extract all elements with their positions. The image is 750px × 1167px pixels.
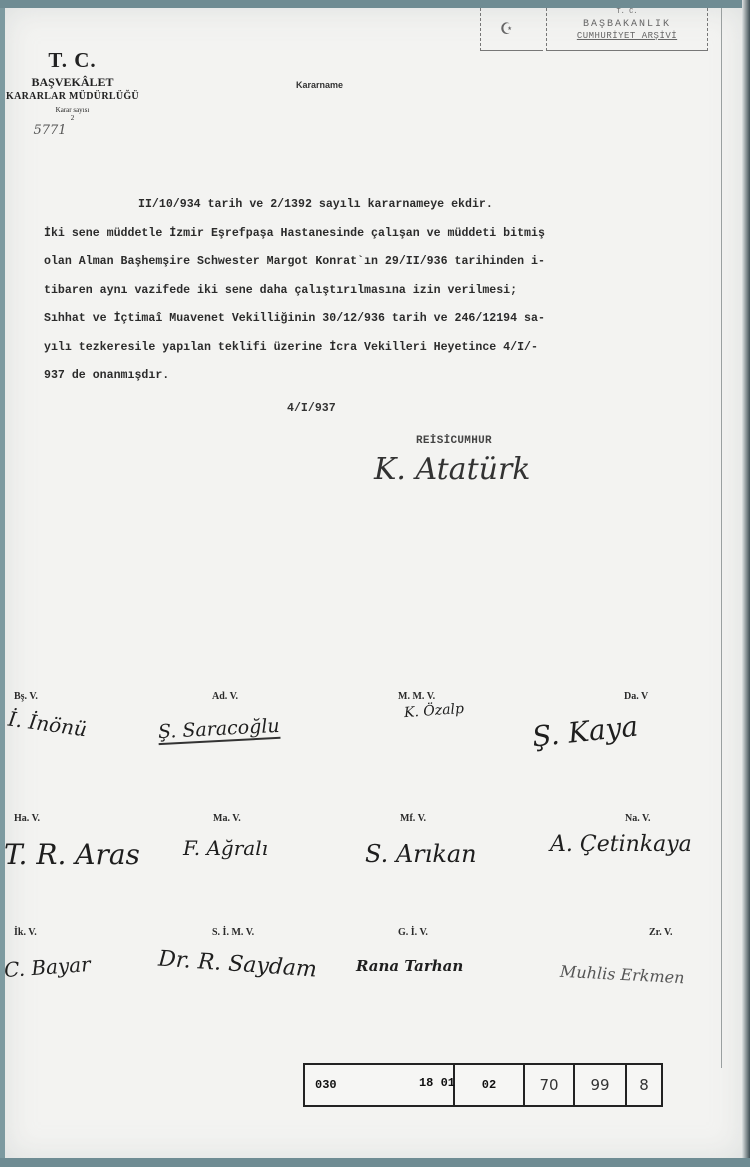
code-cell-item: 99 [575, 1065, 627, 1105]
minister-label: Mf. V. [400, 813, 426, 824]
document-title: Kararname [296, 80, 343, 90]
minister-label: İk. V. [14, 927, 37, 938]
decision-number-label: Karar sayısı [0, 106, 145, 114]
crescent-star-icon: ☪ [501, 18, 512, 40]
letterhead: T. C. BAŞVEKÂLET KARARLAR MÜDÜRLÜĞÜ Kara… [0, 48, 145, 138]
body-line: 937 de onanmışdır. [44, 369, 724, 398]
stamp-emblem-box: ☪ [480, 8, 543, 51]
minister-label: S. İ. M. V. [212, 927, 254, 938]
letterhead-department: KARARLAR MÜDÜRLÜĞÜ [0, 91, 145, 102]
minister-signature: Rana Tarhan [356, 957, 463, 975]
code-cell-folder: 70 [525, 1065, 575, 1105]
minister-signature: S. Arıkan [365, 840, 477, 868]
body-line: olan Alman Başhemşire Schwester Margot K… [44, 255, 724, 284]
code-fond-sub: 18 01 [419, 1076, 455, 1090]
minister-label: Zr. V. [649, 927, 672, 938]
minister-label: M. M. V. [398, 691, 435, 702]
minister-label: Na. V. [625, 813, 650, 824]
letterhead-tc: T. C. [0, 48, 145, 73]
stamp-line-1: BAŞBAKANLIK [547, 19, 707, 30]
document-page [5, 8, 742, 1158]
minister-label: G. İ. V. [398, 927, 428, 938]
body-line: İki sene müddetle İzmir Eşrefpaşa Hastan… [44, 227, 724, 256]
code-cell-box: 02 [455, 1065, 525, 1105]
decision-number: 5771 [0, 123, 145, 138]
president-signature: K. Atatürk [374, 452, 530, 487]
stamp-top-text: T. C. [547, 8, 707, 15]
minister-label: Bş. V. [14, 691, 38, 702]
code-cell-sequence: 8 [627, 1065, 661, 1105]
body-line: Sıhhat ve İçtimaî Muavenet Vekilliğinin … [44, 312, 724, 341]
scan-edge-top [0, 0, 750, 8]
decree-body: II/10/934 tarih ve 2/1392 sayılı kararna… [44, 198, 724, 398]
decision-number-sub: 2 [0, 114, 145, 122]
body-line: yılı tezkeresile yapılan teklifi üzerine… [44, 341, 724, 370]
body-line: II/10/934 tarih ve 2/1392 sayılı kararna… [44, 198, 724, 227]
minister-signature: F. Ağralı [183, 836, 268, 860]
minister-label: Ma. V. [213, 813, 241, 824]
minister-label: Ad. V. [212, 691, 238, 702]
scan-edge-right [742, 0, 750, 1167]
code-fond-overlay: 030 18 01 [315, 1076, 455, 1090]
archive-stamp: ☪ T. C. BAŞBAKANLIK CUMHURİYET ARŞİVİ [480, 8, 710, 52]
minister-signature: T. R. Aras [4, 838, 140, 871]
scan-edge-bottom [0, 1158, 750, 1167]
decree-date: 4/I/937 [287, 402, 336, 415]
minister-label: Ha. V. [14, 813, 40, 824]
minister-label: Da. V [624, 691, 648, 702]
stamp-line-2: CUMHURİYET ARŞİVİ [547, 31, 707, 41]
minister-signature: A. Çetinkaya [550, 832, 692, 857]
president-title: REİSİCUMHUR [416, 435, 492, 447]
stamp-text-box: T. C. BAŞBAKANLIK CUMHURİYET ARŞİVİ [546, 8, 708, 51]
letterhead-office: BAŞVEKÂLET [0, 75, 145, 90]
body-line: tibaren aynı vazifede iki sene daha çalı… [44, 284, 724, 313]
president-signature-text: K. Atatürk [374, 452, 530, 487]
margin-rule [721, 8, 722, 1068]
